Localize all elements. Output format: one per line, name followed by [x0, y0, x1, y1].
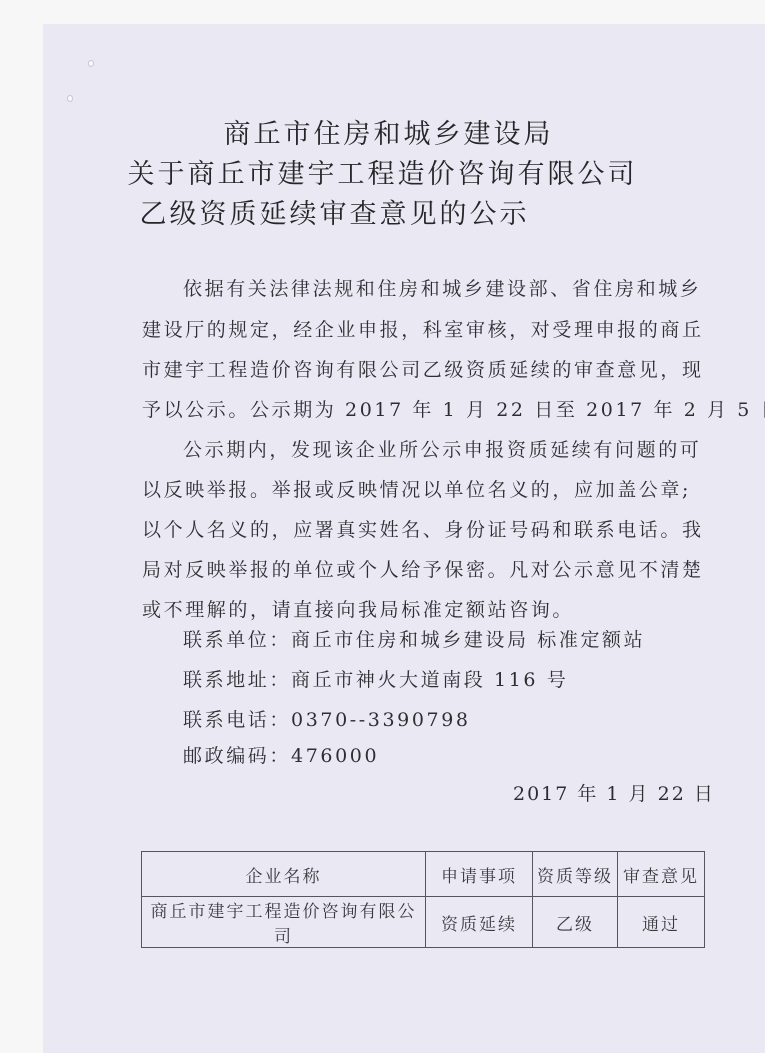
contact-phone: 联系电话：0370--3390798	[183, 705, 743, 733]
document-date: 2017 年 1 月 22 日	[513, 779, 715, 806]
paragraph-line: 依据有关法律法规和住房和城乡建设部、省住房和城乡	[183, 274, 743, 302]
paragraph-line: 或不理解的，请直接向我局标准定额站咨询。	[142, 595, 702, 623]
contact-address: 联系地址：商丘市神火大道南段 116 号	[183, 665, 743, 693]
paragraph-line: 予以公示。公示期为 2017 年 1 月 22 日至 2017 年 2 月 5 …	[142, 395, 702, 423]
paragraph-line: 公示期内，发现该企业所公示申报资质延续有问题的可	[183, 435, 743, 463]
header-application-item: 申请事项	[426, 852, 533, 897]
contact-postcode: 邮政编码：476000	[183, 741, 743, 769]
paper-speck	[88, 60, 94, 67]
header-qualification-grade: 资质等级	[533, 852, 618, 897]
table-header-row: 企业名称 申请事项 资质等级 审查意见	[142, 852, 705, 897]
header-company-name: 企业名称	[142, 852, 426, 897]
paragraph-line: 以个人名义的，应署真实姓名、身份证号码和联系电话。我	[142, 515, 702, 543]
paragraph-line: 以反映举报。举报或反映情况以单位名义的，应加盖公章;	[142, 475, 702, 503]
paragraph-line: 局对反映举报的单位或个人给予保密。凡对公示意见不清楚	[142, 555, 702, 583]
paragraph-line: 建设厅的规定，经企业申报，科室审核，对受理申报的商丘	[142, 315, 702, 343]
title-line-3: 乙级资质延续审查意见的公示	[0, 192, 717, 231]
title-line-2: 关于商丘市建宇工程造价咨询有限公司	[0, 152, 765, 191]
cell-company-name: 商丘市建宇工程造价咨询有限公司	[142, 897, 426, 948]
cell-qualification-grade: 乙级	[533, 897, 618, 948]
header-review-opinion: 审查意见	[618, 852, 705, 897]
paragraph-line: 市建宇工程造价咨询有限公司乙级资质延续的审查意见，现	[142, 355, 702, 383]
cell-review-opinion: 通过	[618, 897, 705, 948]
title-line-1: 商丘市住房和城乡建设局	[6, 112, 765, 151]
cell-application-item: 资质延续	[426, 897, 533, 948]
contact-unit: 联系单位：商丘市住房和城乡建设局 标准定额站	[183, 625, 743, 653]
review-table: 企业名称 申请事项 资质等级 审查意见 商丘市建宇工程造价咨询有限公司 资质延续…	[141, 851, 705, 948]
table-row: 商丘市建宇工程造价咨询有限公司 资质延续 乙级 通过	[142, 897, 705, 948]
paper-speck	[67, 95, 73, 102]
